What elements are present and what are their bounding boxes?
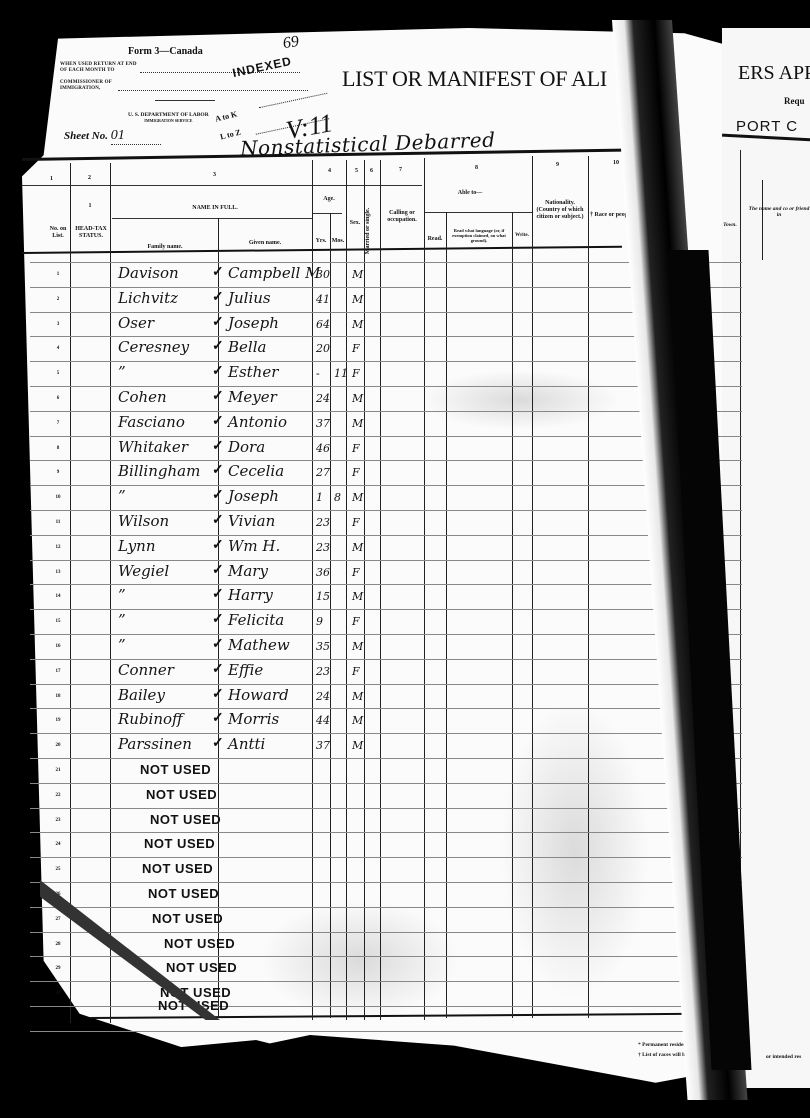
col-divider [330,213,331,1018]
header-family-name: Family name. [130,244,200,251]
check-mark-icon: ✓ [212,314,224,331]
age-years: 24 [316,690,330,703]
not-used-stamp: NOT USED [164,936,235,951]
row-number: 9 [48,470,68,475]
stain [500,700,650,1000]
given-name: Campbell M [228,264,320,282]
sheet-label: Sheet No. [64,130,108,142]
age-years: 15 [316,590,330,603]
family-name: Conner [118,661,174,679]
row-rule [30,436,742,437]
row-rule [30,783,742,784]
stain [260,900,460,1020]
row-number: 3 [48,322,68,327]
not-used-stamp: NOT USED [166,960,237,975]
form-id: Form 3—Canada [128,46,203,57]
row-number: 25 [48,867,68,872]
sex: F [352,615,360,628]
age-years: 46 [316,442,330,455]
stain [420,370,620,430]
commissioner-field [118,90,308,91]
row-rule [30,832,742,833]
age-years: 35 [316,640,330,653]
header-able-to: Able to— [440,190,500,197]
age-years: 23 [316,516,330,529]
check-mark-icon: ✓ [212,661,224,678]
col-divider [346,160,347,1020]
sex: M [352,714,363,727]
row-number: 4 [48,346,68,351]
row-number: 19 [48,718,68,723]
row-rule [30,485,742,486]
return-line: WHEN USED RETURN AT END OF EACH MONTH TO [60,62,140,74]
not-used-stamp: NOT USED [140,762,211,777]
sex: F [352,665,360,678]
col-number-4: 4 [328,168,331,174]
col-divider [70,163,71,1023]
row-number: 11 [48,520,68,525]
check-mark-icon: ✓ [212,462,224,479]
col-number-10: 10 [613,160,619,166]
handwritten-number: 69 [282,33,300,53]
age-years: 44 [316,714,330,727]
row-rule [30,708,742,709]
age-years: 23 [316,665,330,678]
header-calling: Calling or occupation. [380,210,424,224]
age-years: 37 [316,739,330,752]
age-years: 64 [316,318,330,331]
row-rule [30,460,742,461]
row-rule [30,1006,742,1007]
family-name: Cohen [118,388,167,406]
not-used-stamp: NOT USED [146,787,217,802]
row-rule [30,584,742,585]
given-name: Antonio [228,413,287,431]
row-number: 29 [48,966,68,971]
row-number: 6 [48,396,68,401]
able-split-rule [424,212,532,213]
given-name: Mary [228,562,268,580]
sex: M [352,590,363,603]
header-given-name: Given name. [230,240,300,247]
given-name: Wm H. [228,537,280,555]
row-rule [30,609,742,610]
header-head-tax: HEAD-TAX STATUS. [72,226,110,240]
row-rule [30,535,742,536]
family-name: ” [118,487,126,505]
requirement-fragment: Requ [784,96,805,106]
row-rule [30,981,742,982]
given-name: Joseph [228,314,279,332]
row-number: 7 [48,421,68,426]
header-age: Age. [312,196,346,203]
footnote-2-right: or intended res [766,1054,801,1060]
row-number: 15 [48,619,68,624]
family-name: Fasciano [118,413,185,431]
header-nationality: Nationality. (Country of which citizen o… [534,200,586,221]
header-no-on-list: No. on List. [46,226,70,240]
department: U. S. DEPARTMENT OF LABOR IMMIGRATION SE… [128,112,209,123]
given-name: Dora [228,438,265,456]
page-title: LIST OR MANIFEST OF ALI [342,66,607,92]
col-divider [110,163,111,1023]
header-town: Town. [718,222,742,228]
age-split-rule [312,213,342,214]
sex: F [352,367,360,380]
check-mark-icon: ✓ [212,710,224,727]
age-months: 8 [334,491,341,504]
row-number: 21 [48,768,68,773]
not-used-stamp: NOT USED [144,836,215,851]
family-name: Ceresney [118,338,189,356]
row-number: 16 [48,644,68,649]
given-name: Mathew [228,636,290,654]
given-name: Harry [228,586,273,604]
row-number: 2 [48,297,68,302]
family-name: ” [118,363,126,381]
given-name: Morris [228,710,279,728]
col-number-5: 5 [355,168,358,174]
col-divider [446,212,447,1018]
name-split-rule [112,218,312,219]
row-rule [30,733,742,734]
given-name: Esther [228,363,278,381]
row-number: 17 [48,669,68,674]
family-name: Whitaker [118,438,188,456]
age-years: 23 [316,541,330,554]
sex: M [352,541,363,554]
col-divider [364,160,365,1020]
family-name: ” [118,611,126,629]
sex: F [352,516,360,529]
row-rule [30,411,742,412]
row-number: 23 [48,818,68,823]
not-used-stamp: NOT USED [152,911,223,926]
row-rule [30,882,742,883]
given-name: Joseph [228,487,279,505]
family-name: Oser [118,314,154,332]
header-mos: Mos. [330,238,346,245]
row-number: 10 [48,495,68,500]
sex: M [352,417,363,430]
header-sex: Sex. [346,220,364,227]
row-number: 1 [48,272,68,277]
age-years: 27 [316,466,330,479]
col-divider [512,212,513,1018]
page-title-continued: ERS APP [738,62,810,85]
commissioner-label: COMMISSIONER OF IMMIGRATION, [60,80,112,91]
check-mark-icon: ✓ [212,686,224,703]
subheader-rule [22,185,422,186]
row-number: 8 [48,446,68,451]
header-read-language: Read what language (or, if exemption cla… [448,228,510,243]
sex: M [352,739,363,752]
check-mark-icon: ✓ [212,562,224,579]
sex: M [352,318,363,331]
family-name: ” [118,586,126,604]
row-rule [30,857,742,858]
check-mark-icon: ✓ [212,413,224,430]
check-mark-icon: ✓ [212,289,224,306]
row-rule [30,659,742,660]
given-name: Howard [228,686,289,704]
given-name: Vivian [228,512,275,530]
check-mark-icon: ✓ [212,363,224,380]
given-name: Antti [228,735,265,753]
row-number: 28 [48,942,68,947]
age-years: 9 [316,615,323,628]
header-write: Write. [512,232,532,239]
row-number: 24 [48,842,68,847]
sex: F [352,342,360,355]
header-head-tax-note: 1 [75,203,105,210]
row-number: 12 [48,545,68,550]
sheet-value: 01 [111,128,161,145]
given-name: Effie [228,661,263,679]
row-number: 14 [48,594,68,599]
row-rule [30,1031,742,1032]
not-used-stamp: NOT USED [142,861,213,876]
row-number: 5 [48,371,68,376]
check-mark-icon: ✓ [212,487,224,504]
sex: M [352,491,363,504]
family-name: Davison [118,264,179,282]
family-name: Wegiel [118,562,169,580]
row-rule [30,634,742,635]
given-name: Bella [228,338,266,356]
age-years: - [316,367,320,380]
row-rule [30,907,742,908]
col-divider [380,160,381,1020]
row-number: 27 [48,917,68,922]
row-rule [30,510,742,511]
header-name-in-full: NAME IN FULL. [160,205,270,212]
sex: M [352,268,363,281]
age-years: 36 [316,566,330,579]
given-name: Meyer [228,388,277,406]
row-number: 13 [48,570,68,575]
department-sub: IMMIGRATION SERVICE [128,118,209,123]
header-read: Read. [424,236,446,243]
age-years: 1 [316,491,323,504]
sex: M [352,293,363,306]
family-name: Parssinen [118,735,192,753]
sheet-number: Sheet No. 01 [64,128,161,145]
col-number-6: 6 [370,168,373,174]
row-number: 22 [48,793,68,798]
family-name: Bailey [118,686,165,704]
header-residence: The name and co or friend in [748,206,810,218]
row-rule [30,560,742,561]
check-mark-icon: ✓ [212,735,224,752]
row-number: 30 [48,991,68,996]
given-name: Cecelia [228,462,284,480]
check-mark-icon: ✓ [212,636,224,653]
family-name: Lynn [118,537,156,555]
row-rule [30,932,742,933]
col-number-8: 8 [475,165,478,171]
row-number: 18 [48,694,68,699]
col-divider [312,160,313,1020]
port-label: PORT C [736,118,798,135]
rule [155,100,215,101]
row-rule [30,684,742,685]
not-used-stamp: NOT USED [150,812,221,827]
col-divider [588,156,589,1018]
age-years: 20 [316,342,330,355]
check-mark-icon: ✓ [212,512,224,529]
col-divider [762,180,763,260]
check-mark-icon: ✓ [212,388,224,405]
sex: M [352,690,363,703]
col-number-7: 7 [399,167,402,173]
check-mark-icon: ✓ [212,586,224,603]
row-rule [30,808,742,809]
check-mark-icon: ✓ [212,537,224,554]
age-years: 30 [316,268,330,281]
sex: F [352,566,360,579]
not-used-stamp: NOT USED [148,886,219,901]
age-years: 41 [316,293,330,306]
col-number-1: 1 [50,176,53,182]
age-months: 11 [334,367,348,380]
given-name: Julius [228,289,271,307]
check-mark-icon: ✓ [212,338,224,355]
sex: F [352,442,360,455]
col-divider [532,156,533,1018]
return-line-field [140,72,300,73]
family-name: ” [118,636,126,654]
check-mark-icon: ✓ [212,438,224,455]
age-years: 37 [316,417,330,430]
sex: M [352,640,363,653]
check-mark-icon: ✓ [212,611,224,628]
return-line-label: WHEN USED RETURN AT END OF EACH MONTH TO [60,62,137,73]
check-mark-icon: ✓ [212,264,224,281]
header-married: Married or single. [365,208,371,254]
row-rule [30,386,742,387]
col-number-3: 3 [213,172,216,178]
family-name: Lichvitz [118,289,178,307]
family-name: Billingham [118,462,200,480]
family-name: Rubinoff [118,710,183,728]
header-yrs: Yrs. [312,238,330,245]
row-rule [30,758,742,759]
col-number-9: 9 [556,162,559,168]
given-name: Felicita [228,611,284,629]
col-number-2: 2 [88,175,91,181]
sex: F [352,466,360,479]
family-name: Wilson [118,512,169,530]
sex: M [352,392,363,405]
age-years: 24 [316,392,330,405]
row-number: 20 [48,743,68,748]
